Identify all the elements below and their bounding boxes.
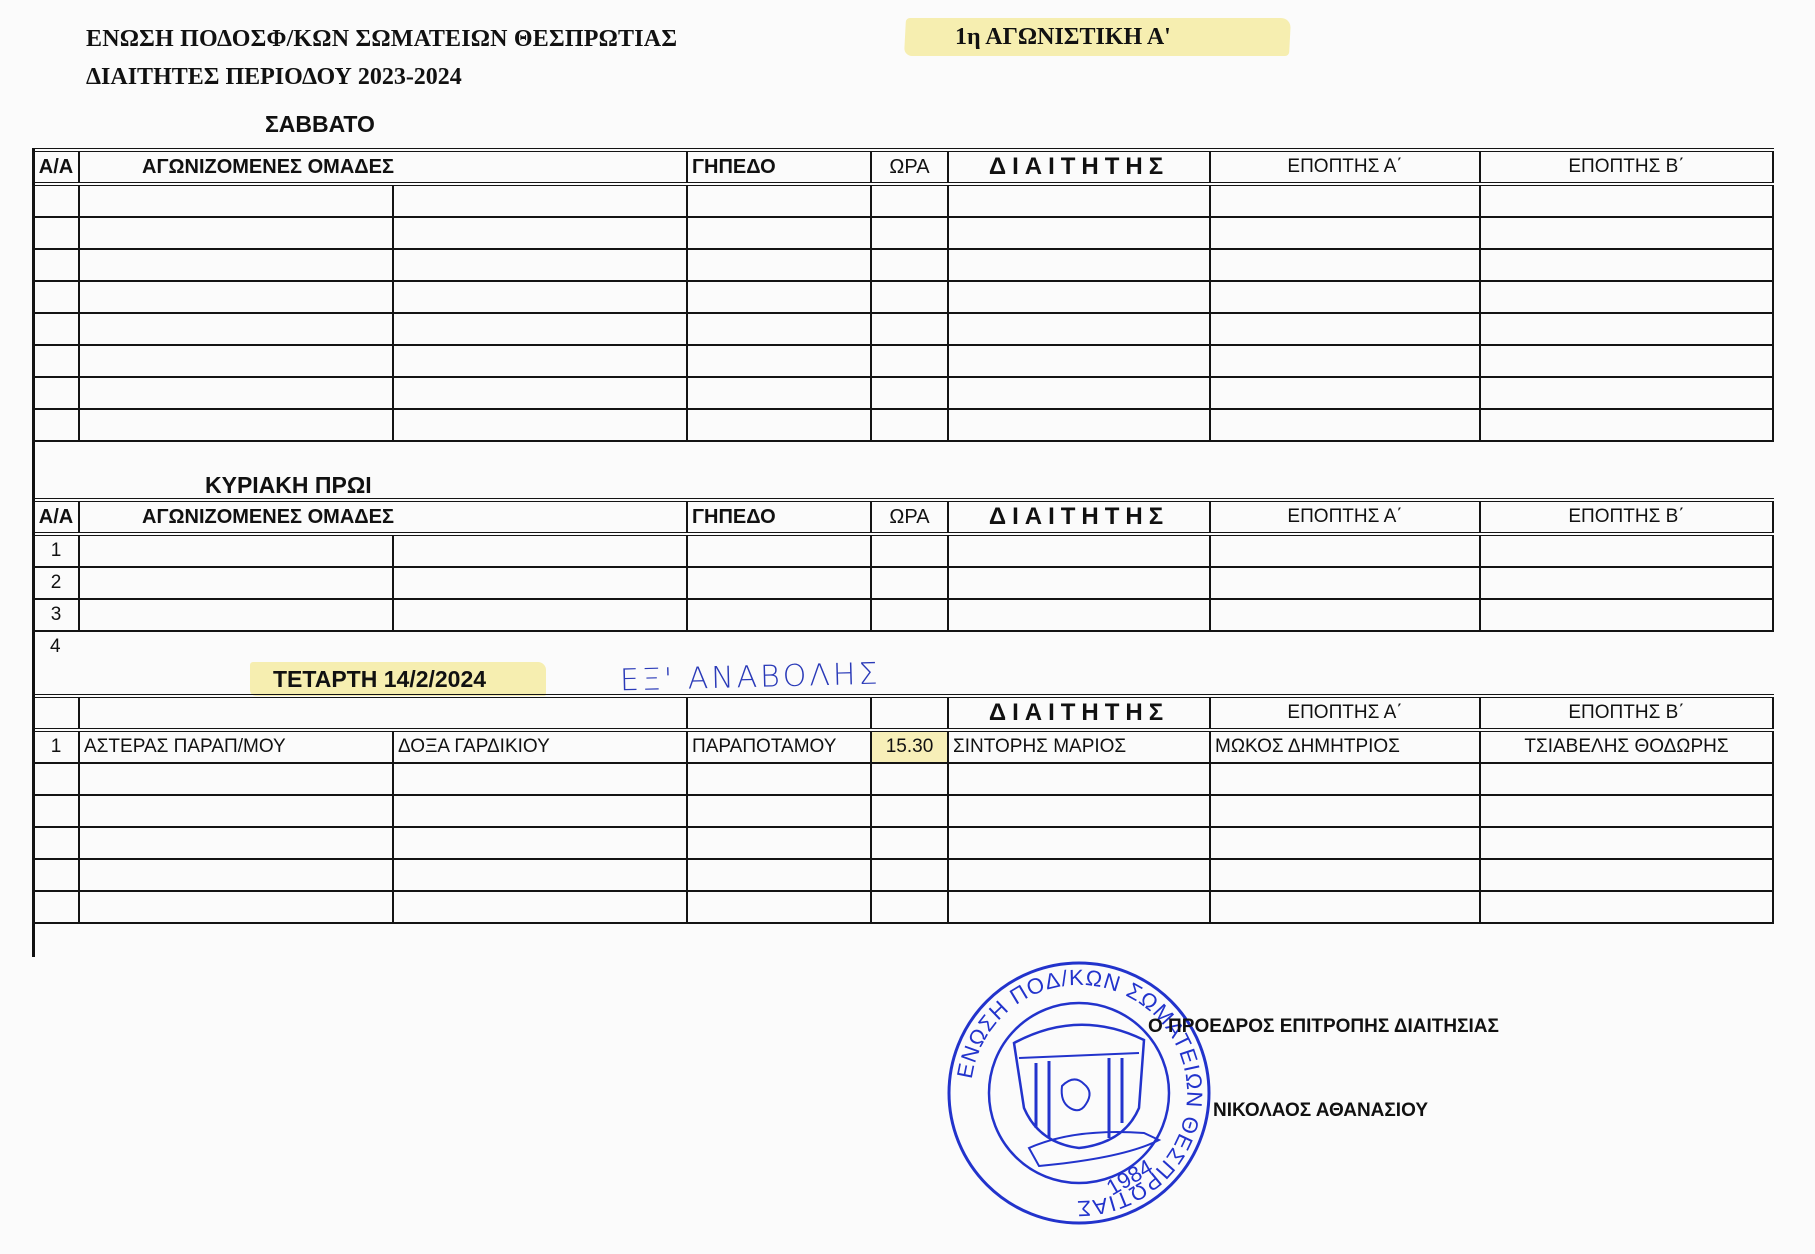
away-team-cell [393,217,687,249]
venue-cell: ΠΑΡΑΠΟΤΑΜΟΥ [687,730,871,763]
home-team-cell [79,217,393,249]
away-team-cell [393,534,687,567]
home-team-cell [79,184,393,217]
assistant-b-cell [1480,891,1773,923]
table-row [33,891,1773,923]
home-team-cell [79,377,393,409]
assistant-b-cell [1480,184,1773,217]
table-header-row: Α/Α ΑΓΩΝΙΖΟΜΕΝΕΣ ΟΜΑΔΕΣ ΓΗΠΕΔΟ ΩΡΑ ΔΙΑΙΤ… [33,500,1773,534]
header-assistant-a: ΕΠΟΠΤΗΣ Α΄ [1210,150,1480,184]
table-row [33,345,1773,377]
time-cell [871,534,948,567]
row-number [33,763,79,795]
time-cell [871,891,948,923]
assistant-b-cell [1480,249,1773,281]
assistant-b-cell [1480,534,1773,567]
referee-cell [948,377,1210,409]
organization-title: ΕΝΩΣΗ ΠΟΔΟΣΦ/ΚΩΝ ΣΩΜΑΤΕΙΩΝ ΘΕΣΠΡΩΤΙΑΣ [86,26,677,53]
header-teams-empty [79,696,687,730]
table-row [33,409,1773,441]
time-cell [871,184,948,217]
time-cell [871,599,948,631]
home-team-cell [79,313,393,345]
home-team-cell [79,281,393,313]
home-team-cell [79,763,393,795]
signature-role: Ο ΠΡΟΕΔΡΟΣ ΕΠΙΤΡΟΠΗΣ ΔΙΑΙΤΗΣΙΑΣ [1148,1016,1499,1038]
away-team-cell [393,377,687,409]
signature-name: ΝΙΚΟΛΑΟΣ ΑΘΑΝΑΣΙΟΥ [1213,1100,1428,1122]
time-cell [871,217,948,249]
time-cell [871,281,948,313]
away-team-cell [393,313,687,345]
table-row [33,313,1773,345]
sunday-morning-table: Α/Α ΑΓΩΝΙΖΟΜΕΝΕΣ ΟΜΑΔΕΣ ΓΗΠΕΔΟ ΩΡΑ ΔΙΑΙΤ… [32,498,1774,632]
assistant-b-cell [1480,567,1773,599]
row-number [33,249,79,281]
away-team-cell: ΔΟΞΑ ΓΑΡΔΙΚΙΟΥ [393,730,687,763]
assistant-a-cell [1210,249,1480,281]
header-referee: ΔΙΑΙΤΗΤΗΣ [948,696,1210,730]
header-referee: ΔΙΑΙΤΗΤΗΣ [948,500,1210,534]
time-cell [871,377,948,409]
assistant-b-cell [1480,345,1773,377]
handwritten-postponed-note: ΕΞ' ΑΝΑΒΟΛΗΣ [620,657,881,699]
header-teams: ΑΓΩΝΙΖΟΜΕΝΕΣ ΟΜΑΔΕΣ [79,500,687,534]
away-team-cell [393,795,687,827]
table-header-row: ΔΙΑΙΤΗΤΗΣ ΕΠΟΠΤΗΣ Α΄ ΕΠΟΠΤΗΣ Β΄ [33,696,1773,730]
section-label-saturday: ΣΑΒΒΑΤΟ [265,111,375,138]
assistant-a-cell [1210,313,1480,345]
table-row [33,859,1773,891]
venue-cell [687,534,871,567]
time-cell [871,859,948,891]
away-team-cell [393,859,687,891]
row-number [33,795,79,827]
table-row [33,184,1773,217]
assistant-b-cell [1480,377,1773,409]
assistant-a-cell [1210,345,1480,377]
assistant-b-cell [1480,313,1773,345]
referee-cell [948,567,1210,599]
header-time: ΩΡΑ [871,500,948,534]
assistant-a-cell: ΜΩΚΟΣ ΔΗΜΗΤΡΙΟΣ [1210,730,1480,763]
venue-cell [687,217,871,249]
assistant-a-cell [1210,567,1480,599]
referee-cell [948,827,1210,859]
home-team-cell [79,795,393,827]
referee-cell [948,313,1210,345]
time-cell [871,313,948,345]
referee-cell [948,345,1210,377]
time-cell [871,345,948,377]
home-team-cell: ΑΣΤΕΡΑΣ ΠΑΡΑΠ/ΜΟΥ [79,730,393,763]
header-time-empty [871,696,948,730]
time-cell [871,409,948,441]
time-cell [871,827,948,859]
referee-cell [948,599,1210,631]
venue-cell [687,859,871,891]
referee-cell [948,534,1210,567]
referee-cell [948,891,1210,923]
table-row [33,217,1773,249]
header-assistant-b: ΕΠΟΠΤΗΣ Β΄ [1480,696,1773,730]
venue-cell [687,345,871,377]
referee-cell [948,249,1210,281]
row-number [33,859,79,891]
assistant-b-cell [1480,827,1773,859]
row-number [33,313,79,345]
assistant-b-cell [1480,409,1773,441]
home-team-cell [79,599,393,631]
referee-cell [948,409,1210,441]
time-cell [871,763,948,795]
header-assistant-a: ΕΠΟΠΤΗΣ Α΄ [1210,500,1480,534]
table-row [33,377,1773,409]
header-assistant-b: ΕΠΟΠΤΗΣ Β΄ [1480,500,1773,534]
header-venue: ΓΗΠΕΔΟ [687,150,871,184]
venue-cell [687,763,871,795]
venue-cell [687,184,871,217]
header-assistant-b: ΕΠΟΠΤΗΣ Β΄ [1480,150,1773,184]
time-cell [871,795,948,827]
time-cell: 15.30 [871,730,948,763]
away-team-cell [393,249,687,281]
table-row [33,763,1773,795]
assistant-b-cell [1480,859,1773,891]
header-venue-empty [687,696,871,730]
away-team-cell [393,281,687,313]
assistant-a-cell [1210,281,1480,313]
home-team-cell [79,827,393,859]
venue-cell [687,795,871,827]
row-number: 1 [33,534,79,567]
period-title: ΔΙΑΙΤΗΤΕΣ ΠΕΡΙΟΔΟΥ 2023-2024 [86,64,462,91]
assistant-b-cell [1480,281,1773,313]
table-row [33,827,1773,859]
venue-cell [687,891,871,923]
assistant-a-cell [1210,859,1480,891]
venue-cell [687,377,871,409]
table-row: 3 [33,599,1773,631]
saturday-table: Α/Α ΑΓΩΝΙΖΟΜΕΝΕΣ ΟΜΑΔΕΣ ΓΗΠΕΔΟ ΩΡΑ ΔΙΑΙΤ… [32,148,1774,442]
header-assistant-a: ΕΠΟΠΤΗΣ Α΄ [1210,696,1480,730]
wednesday-table: ΔΙΑΙΤΗΤΗΣ ΕΠΟΠΤΗΣ Α΄ ΕΠΟΠΤΗΣ Β΄ 1ΑΣΤΕΡΑΣ… [32,694,1774,924]
round-title: 1η ΑΓΩΝΙΣΤΙΚΗ Α' [955,24,1171,51]
row-number [33,345,79,377]
venue-cell [687,409,871,441]
away-team-cell [393,409,687,441]
assistant-a-cell [1210,217,1480,249]
header-referee: ΔΙΑΙΤΗΤΗΣ [948,150,1210,184]
row-number: 1 [33,730,79,763]
row-number [33,184,79,217]
venue-cell [687,281,871,313]
header-venue: ΓΗΠΕΔΟ [687,500,871,534]
away-team-cell [393,763,687,795]
assistant-b-cell [1480,217,1773,249]
home-team-cell [79,409,393,441]
row-number-4: 4 [50,636,61,658]
row-number: 2 [33,567,79,599]
assistant-a-cell [1210,763,1480,795]
venue-cell [687,827,871,859]
row-number [33,409,79,441]
referee-cell [948,281,1210,313]
home-team-cell [79,534,393,567]
assistant-a-cell [1210,377,1480,409]
time-cell [871,567,948,599]
table-row: 1 [33,534,1773,567]
home-team-cell [79,249,393,281]
table-row: 2 [33,567,1773,599]
section-label-wednesday: ΤΕΤΑΡΤΗ 14/2/2024 [273,666,486,693]
header-teams: ΑΓΩΝΙΖΟΜΕΝΕΣ ΟΜΑΔΕΣ [79,150,687,184]
header-aa-empty [33,696,79,730]
away-team-cell [393,567,687,599]
away-team-cell [393,345,687,377]
row-number [33,827,79,859]
assistant-b-cell [1480,599,1773,631]
match-row: 1ΑΣΤΕΡΑΣ ΠΑΡΑΠ/ΜΟΥΔΟΞΑ ΓΑΡΔΙΚΙΟΥΠΑΡΑΠΟΤΑ… [33,730,1773,763]
header-aa: Α/Α [33,500,79,534]
table-header-row: Α/Α ΑΓΩΝΙΖΟΜΕΝΕΣ ΟΜΑΔΕΣ ΓΗΠΕΔΟ ΩΡΑ ΔΙΑΙΤ… [33,150,1773,184]
assistant-b-cell: ΤΣΙΑΒΕΛΗΣ ΘΟΔΩΡΗΣ [1480,730,1773,763]
referee-cell [948,763,1210,795]
assistant-b-cell [1480,795,1773,827]
row-number [33,281,79,313]
assistant-a-cell [1210,409,1480,441]
venue-cell [687,599,871,631]
away-team-cell [393,599,687,631]
assistant-a-cell [1210,599,1480,631]
association-stamp: ΕΝΩΣΗ ΠΟΔ/ΚΩΝ ΣΩΜΑΤΕΙΩΝ ΘΕΣΠΡΩΤΙΑΣ 1984 [944,958,1214,1228]
header-aa: Α/Α [33,150,79,184]
venue-cell [687,249,871,281]
table-row [33,249,1773,281]
assistant-a-cell [1210,184,1480,217]
referee-cell [948,184,1210,217]
assistant-b-cell [1480,763,1773,795]
section-label-sunday-morning: ΚΥΡΙΑΚΗ ΠΡΩΙ [205,472,372,499]
home-team-cell [79,567,393,599]
away-team-cell [393,891,687,923]
home-team-cell [79,891,393,923]
away-team-cell [393,827,687,859]
row-number [33,891,79,923]
assistant-a-cell [1210,795,1480,827]
assistant-a-cell [1210,534,1480,567]
referee-cell: ΣΙΝΤΟΡΗΣ ΜΑΡΙΟΣ [948,730,1210,763]
table-row [33,281,1773,313]
away-team-cell [393,184,687,217]
assistant-a-cell [1210,891,1480,923]
venue-cell [687,567,871,599]
venue-cell [687,313,871,345]
time-cell [871,249,948,281]
row-number [33,377,79,409]
header-time: ΩΡΑ [871,150,948,184]
home-team-cell [79,345,393,377]
row-number: 3 [33,599,79,631]
row-number [33,217,79,249]
referee-cell [948,859,1210,891]
referee-cell [948,217,1210,249]
home-team-cell [79,859,393,891]
referee-cell [948,795,1210,827]
assistant-a-cell [1210,827,1480,859]
table-row [33,795,1773,827]
